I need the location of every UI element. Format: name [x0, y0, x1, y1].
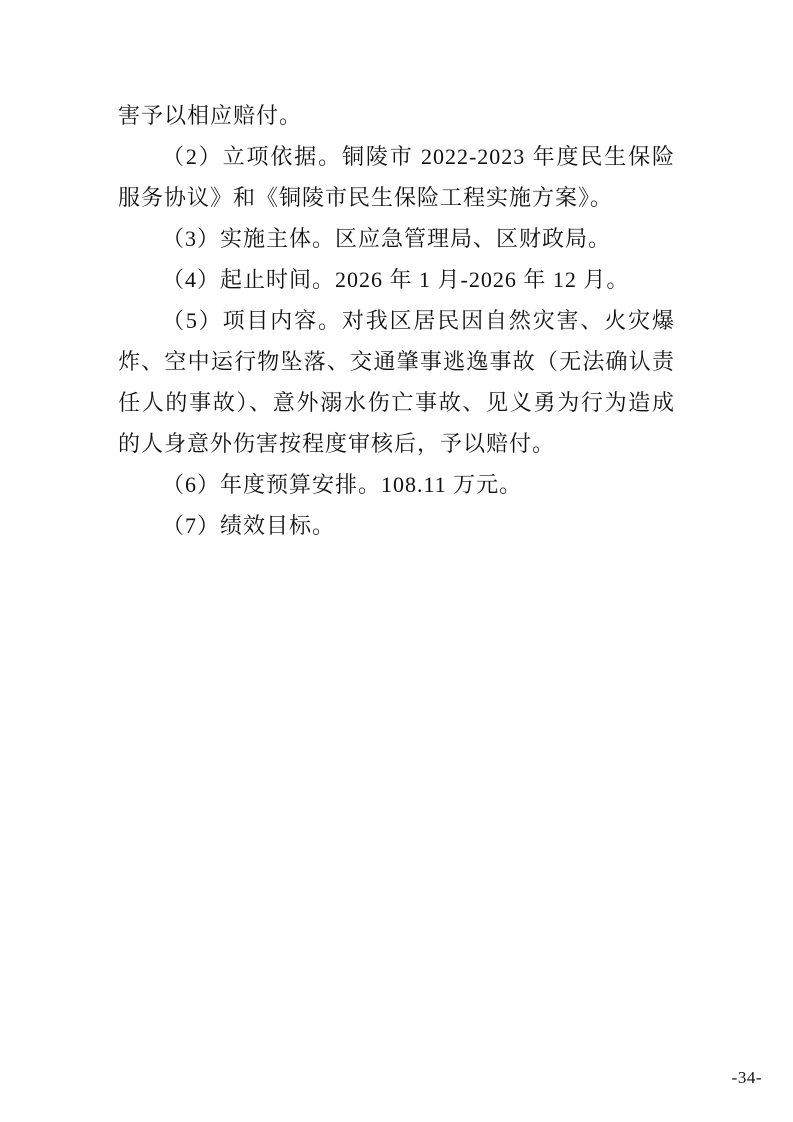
- paragraph-item-3: （3）实施主体。区应急管理局、区财政局。: [118, 218, 675, 259]
- paragraph-item-5: （5）项目内容。对我区居民因自然灾害、火灾爆炸、空中运行物坠落、交通肇事逃逸事故…: [118, 300, 675, 464]
- paragraph-item-7: （7）绩效目标。: [118, 505, 675, 546]
- document-page: 害予以相应赔付。 （2）立项依据。铜陵市 2022-2023 年度民生保险服务协…: [0, 0, 793, 1122]
- paragraph-item-6: （6）年度预算安排。108.11 万元。: [118, 464, 675, 505]
- page-number: -34-: [732, 1068, 762, 1088]
- paragraph-item-2: （2）立项依据。铜陵市 2022-2023 年度民生保险服务协议》和《铜陵市民生…: [118, 136, 675, 218]
- paragraph-continuation: 害予以相应赔付。: [118, 95, 675, 136]
- paragraph-item-4: （4）起止时间。2026 年 1 月-2026 年 12 月。: [118, 259, 675, 300]
- text-body: 害予以相应赔付。 （2）立项依据。铜陵市 2022-2023 年度民生保险服务协…: [118, 95, 675, 546]
